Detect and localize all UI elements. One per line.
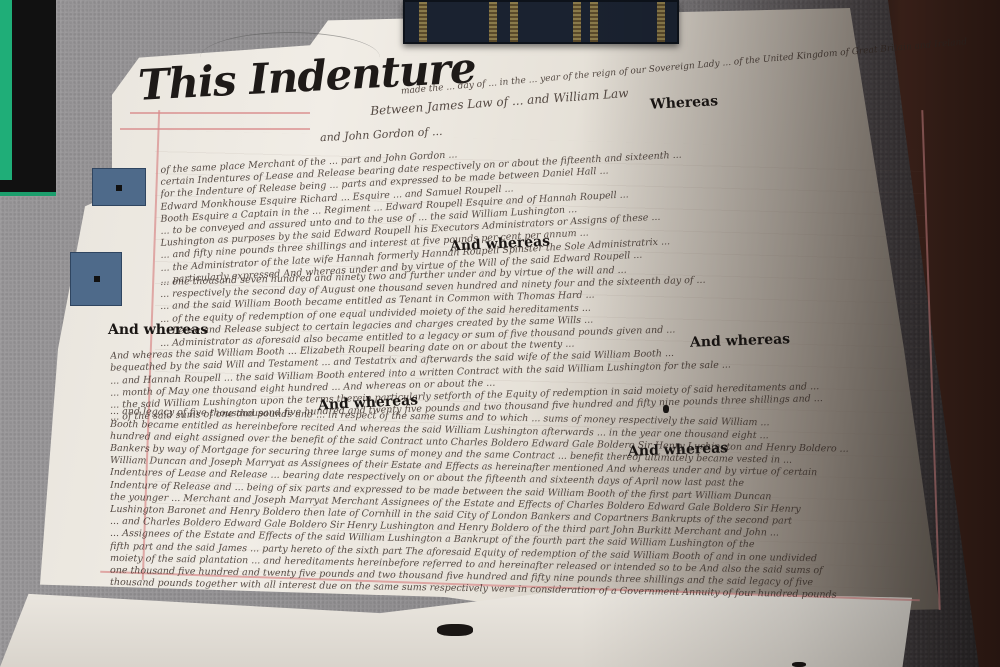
blue-seal-lower [70, 252, 122, 306]
header-red-rule-2 [120, 128, 310, 130]
ink-spot [663, 405, 669, 413]
navy-book [403, 0, 679, 44]
green-box [0, 0, 56, 196]
header-red-rule [130, 112, 310, 114]
ink-spot-2 [792, 662, 806, 667]
whereas-heading-3: And whereas [108, 322, 208, 338]
wax-stain [437, 624, 473, 636]
blue-seal-top [92, 168, 146, 206]
